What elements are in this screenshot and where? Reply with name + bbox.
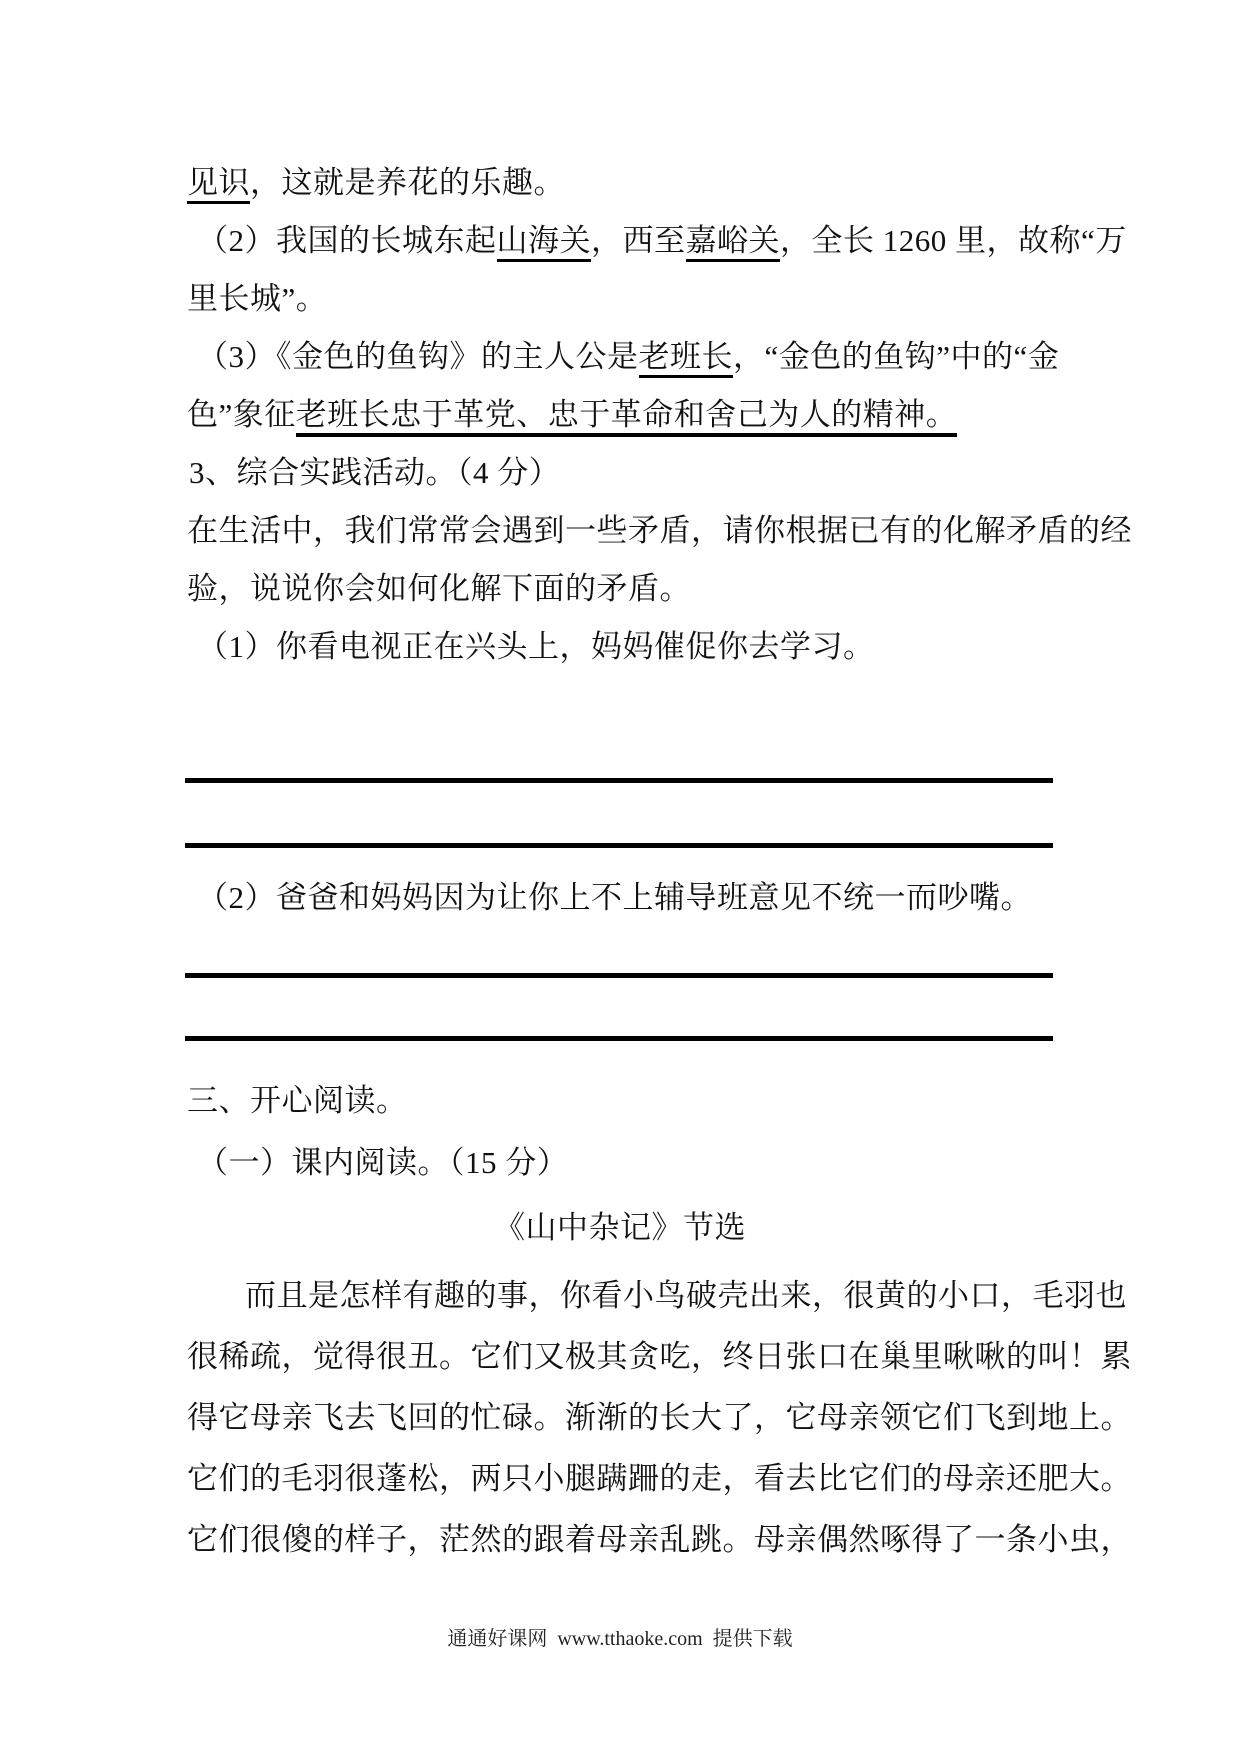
text-segment: ，全长 1260 里，故称“万	[780, 223, 1127, 258]
underlined-answer-text: 老班长	[639, 339, 734, 378]
text-line: （一）课内阅读。（15 分）	[197, 1143, 568, 1183]
text-line: 里长城”。	[187, 279, 327, 319]
text-segment: 在生活中，我们常常会遇到一些矛盾，请你根据已有的化解矛盾的经	[187, 513, 1132, 548]
text-segment: （2）我国的长城东起	[197, 223, 497, 258]
text-line: 见识，这就是养花的乐趣。	[187, 163, 565, 203]
text-segment: 得它母亲飞去飞回的忙碌。渐渐的长大了，它母亲领它们飞到地上。	[187, 1400, 1132, 1435]
text-segment: 3、综合实践活动。（4 分）	[189, 455, 560, 490]
text-segment: 验，说说你会如何化解下面的矛盾。	[187, 571, 691, 606]
text-segment: ，西至	[591, 223, 686, 258]
text-line: 得它母亲飞去飞回的忙碌。渐渐的长大了，它母亲领它们飞到地上。	[187, 1398, 1132, 1438]
text-line: （2）爸爸和妈妈因为让你上不上辅导班意见不统一而吵嘴。	[197, 878, 1032, 918]
text-segment: 《山中杂记》节选	[494, 1210, 746, 1245]
text-segment: （一）课内阅读。（15 分）	[197, 1145, 568, 1180]
text-line: （3）《金色的鱼钩》的主人公是老班长，“金色的鱼钩”中的“金	[197, 337, 1059, 377]
passage-title: 《山中杂记》节选	[0, 1208, 1240, 1248]
text-line: 它们很傻的样子，茫然的跟着母亲乱跳。母亲偶然啄得了一条小虫，	[187, 1520, 1132, 1560]
underlined-answer-text: 老班长忠于革党、忠于革命和舍己为人的精神。	[296, 397, 958, 437]
answer-blank-line	[185, 973, 1053, 978]
text-line: （2）我国的长城东起山海关，西至嘉峪关，全长 1260 里，故称“万	[197, 221, 1127, 261]
text-segment: 色”象征	[187, 397, 296, 432]
text-segment: （3）《金色的鱼钩》的主人公是	[197, 339, 639, 374]
text-segment: 很稀疏，觉得很丑。它们又极其贪吃，终日张口在巢里啾啾的叫！累	[187, 1339, 1132, 1374]
text-line: 色”象征老班长忠于革党、忠于革命和舍己为人的精神。	[187, 395, 957, 435]
exam-paper-page: 见识，这就是养花的乐趣。（2）我国的长城东起山海关，西至嘉峪关，全长 1260 …	[0, 0, 1240, 1754]
text-line: 3、综合实践活动。（4 分）	[189, 453, 560, 493]
text-segment: （2）爸爸和妈妈因为让你上不上辅导班意见不统一而吵嘴。	[197, 880, 1032, 915]
underlined-answer-text: 山海关	[497, 223, 592, 262]
text-line: （1）你看电视正在兴头上，妈妈催促你去学习。	[197, 627, 875, 667]
text-line: 而且是怎样有趣的事，你看小鸟破壳出来，很黄的小口，毛羽也	[245, 1276, 1127, 1316]
text-line: 在生活中，我们常常会遇到一些矛盾，请你根据已有的化解矛盾的经	[187, 511, 1132, 551]
underlined-answer-text: 见识	[187, 165, 250, 204]
text-segment: （1）你看电视正在兴头上，妈妈催促你去学习。	[197, 629, 875, 664]
text-segment: 它们的毛羽很蓬松，两只小腿蹒跚的走，看去比它们的母亲还肥大。	[187, 1461, 1132, 1496]
text-segment: 它们很傻的样子，茫然的跟着母亲乱跳。母亲偶然啄得了一条小虫，	[187, 1522, 1132, 1557]
text-segment: 里长城”。	[187, 281, 327, 316]
text-segment: ，这就是养花的乐趣。	[250, 165, 565, 200]
answer-blank-line	[185, 1036, 1053, 1041]
text-segment: 三、开心阅读。	[187, 1083, 408, 1118]
underlined-answer-text: 嘉峪关	[686, 223, 781, 262]
text-line: 验，说说你会如何化解下面的矛盾。	[187, 569, 691, 609]
text-segment: ，“金色的鱼钩”中的“金	[733, 339, 1059, 374]
text-line: 很稀疏，觉得很丑。它们又极其贪吃，终日张口在巢里啾啾的叫！累	[187, 1337, 1132, 1377]
answer-blank-line	[185, 843, 1053, 848]
text-line: 三、开心阅读。	[187, 1081, 408, 1121]
answer-blank-line	[185, 778, 1053, 783]
footer-watermark: 通通好课网 www.tthaoke.com 提供下载	[0, 1622, 1240, 1651]
text-line: 它们的毛羽很蓬松，两只小腿蹒跚的走，看去比它们的母亲还肥大。	[187, 1459, 1132, 1499]
text-segment: 而且是怎样有趣的事，你看小鸟破壳出来，很黄的小口，毛羽也	[245, 1278, 1127, 1313]
